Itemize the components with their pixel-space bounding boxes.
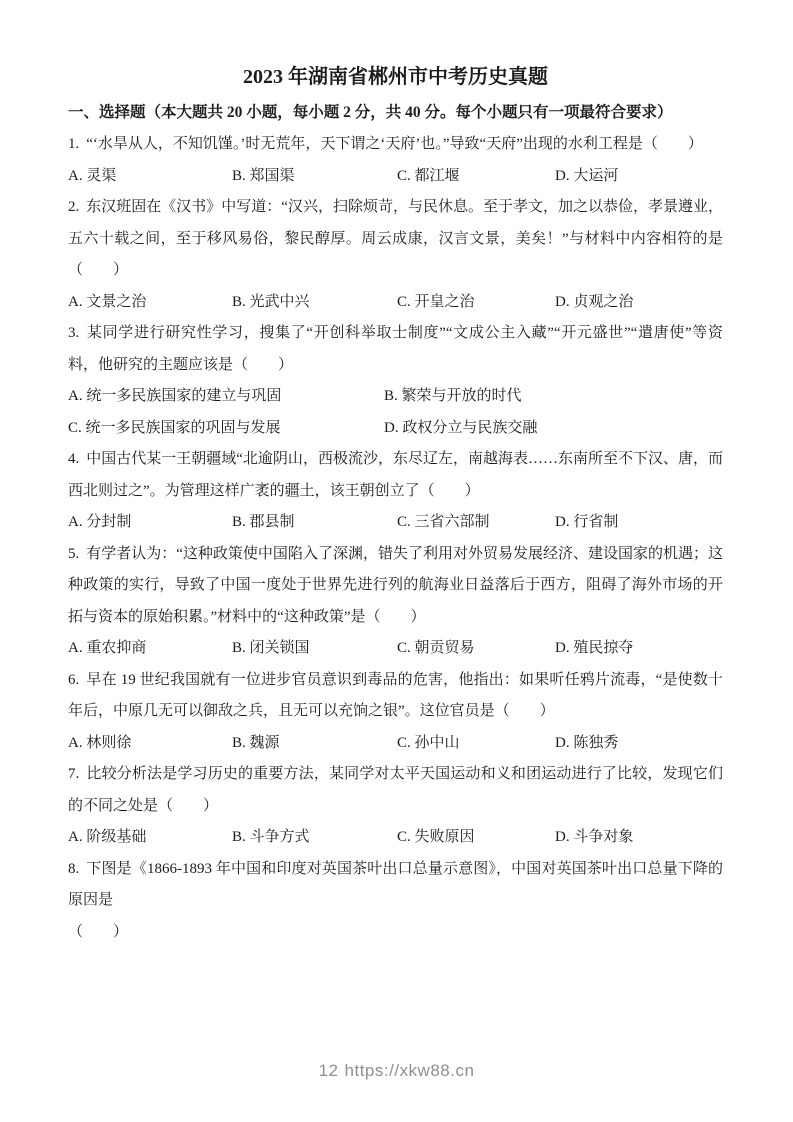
- question-1-option-c: C. 都江堰: [397, 161, 555, 193]
- page-title: 2023 年湖南省郴州市中考历史真题: [68, 62, 723, 92]
- question-6-options: A. 林则徐 B. 魏源 C. 孙中山 D. 陈独秀: [68, 728, 723, 760]
- question-3-body: 某同学进行研究性学习，搜集了“开创科举取士制度”“文成公主入藏”“开元盛世”“遣…: [68, 325, 723, 373]
- document-content: 2023 年湖南省郴州市中考历史真题 一、选择题（本大题共 20 小题，每小题 …: [68, 62, 723, 948]
- question-4-option-c: C. 三省六部制: [397, 507, 555, 539]
- question-7: 7.比较分析法是学习历史的重要方法，某同学对太平天国运动和义和团运动进行了比较，…: [68, 759, 723, 854]
- question-6-body: 早在 19 世纪我国就有一位进步官员意识到毒品的危害，他指出：如果听任鸦片流毒，…: [68, 672, 723, 720]
- question-2-option-c: C. 开皇之治: [397, 287, 555, 319]
- source-url: https://xkw88.cn: [345, 1061, 475, 1080]
- question-1-body: “‘水旱从人，不知饥馑。’时无荒年，天下谓之‘天府’也。”导致“天府”出现的水利…: [86, 136, 703, 152]
- question-4-number: 4.: [68, 451, 79, 467]
- document-page: 2023 年湖南省郴州市中考历史真题 一、选择题（本大题共 20 小题，每小题 …: [0, 0, 793, 1122]
- section-header: 一、选择题（本大题共 20 小题，每小题 2 分，共 40 分。每个小题只有一项…: [68, 101, 723, 125]
- question-1-option-b: B. 郑国渠: [232, 161, 397, 193]
- question-6-option-d: D. 陈独秀: [555, 728, 723, 760]
- question-5-option-b: B. 闭关锁国: [232, 633, 397, 665]
- question-1-option-d: D. 大运河: [555, 161, 723, 193]
- page-footer: 12https://xkw88.cn: [0, 1061, 793, 1081]
- question-6-option-c: C. 孙中山: [397, 728, 555, 760]
- question-2-options: A. 文景之治 B. 光武中兴 C. 开皇之治 D. 贞观之治: [68, 287, 723, 319]
- question-8-number: 8.: [68, 861, 79, 877]
- question-4-option-b: B. 郡县制: [232, 507, 397, 539]
- question-6: 6.早在 19 世纪我国就有一位进步官员意识到毒品的危害，他指出：如果听任鸦片流…: [68, 665, 723, 760]
- question-6-number: 6.: [68, 672, 79, 688]
- question-4-options: A. 分封制 B. 郡县制 C. 三省六部制 D. 行省制: [68, 507, 723, 539]
- question-5-options: A. 重农抑商 B. 闭关锁国 C. 朝贡贸易 D. 殖民掠夺: [68, 633, 723, 665]
- question-5-option-c: C. 朝贡贸易: [397, 633, 555, 665]
- question-7-options: A. 阶级基础 B. 斗争方式 C. 失败原因 D. 斗争对象: [68, 822, 723, 854]
- question-6-option-a: A. 林则徐: [68, 728, 232, 760]
- question-7-option-a: A. 阶级基础: [68, 822, 232, 854]
- question-4-body: 中国古代某一王朝疆域“北逾阴山，西极流沙，东尽辽左，南越海表……东南所至不下汉、…: [68, 451, 723, 499]
- question-2-option-a: A. 文景之治: [68, 287, 232, 319]
- question-7-body: 比较分析法是学习历史的重要方法，某同学对太平天国运动和义和团运动进行了比较，发现…: [68, 766, 723, 814]
- question-2-text: 2.东汉班固在《汉书》中写道：“汉兴，扫除烦苛，与民休息。至于孝文，加之以恭俭，…: [68, 192, 723, 287]
- question-1: 1.“‘水旱从人，不知饥馑。’时无荒年，天下谓之‘天府’也。”导致“天府”出现的…: [68, 129, 723, 192]
- question-3-option-a: A. 统一多民族国家的建立与巩固: [68, 381, 384, 413]
- question-5: 5.有学者认为：“这种政策使中国陷入了深渊，错失了利用对外贸易发展经济、建设国家…: [68, 539, 723, 665]
- question-3-option-c: C. 统一多民族国家的巩固与发展: [68, 413, 384, 445]
- question-7-option-c: C. 失败原因: [397, 822, 555, 854]
- question-2: 2.东汉班固在《汉书》中写道：“汉兴，扫除烦苛，与民休息。至于孝文，加之以恭俭，…: [68, 192, 723, 318]
- question-5-number: 5.: [68, 546, 79, 562]
- question-5-body: 有学者认为：“这种政策使中国陷入了深渊，错失了利用对外贸易发展经济、建设国家的机…: [68, 546, 723, 625]
- question-8-text: 8.下图是《1866-1893 年中国和印度对英国茶叶出口总量示意图》，中国对英…: [68, 854, 723, 917]
- question-3-text: 3.某同学进行研究性学习，搜集了“开创科举取士制度”“文成公主入藏”“开元盛世”…: [68, 318, 723, 381]
- question-8-answer-blank: （ ）: [68, 917, 723, 949]
- question-2-number: 2.: [68, 199, 79, 215]
- question-5-option-a: A. 重农抑商: [68, 633, 232, 665]
- question-5-text: 5.有学者认为：“这种政策使中国陷入了深渊，错失了利用对外贸易发展经济、建设国家…: [68, 539, 723, 634]
- question-4: 4.中国古代某一王朝疆域“北逾阴山，西极流沙，东尽辽左，南越海表……东南所至不下…: [68, 444, 723, 539]
- question-2-option-b: B. 光武中兴: [232, 287, 397, 319]
- question-6-text: 6.早在 19 世纪我国就有一位进步官员意识到毒品的危害，他指出：如果听任鸦片流…: [68, 665, 723, 728]
- question-1-option-a: A. 灵渠: [68, 161, 232, 193]
- page-number: 12: [319, 1061, 339, 1080]
- question-8-body: 下图是《1866-1893 年中国和印度对英国茶叶出口总量示意图》，中国对英国茶…: [68, 861, 723, 909]
- question-2-option-d: D. 贞观之治: [555, 287, 723, 319]
- question-3-options: A. 统一多民族国家的建立与巩固 B. 繁荣与开放的时代 C. 统一多民族国家的…: [68, 381, 723, 444]
- question-7-number: 7.: [68, 766, 79, 782]
- question-1-options: A. 灵渠 B. 郑国渠 C. 都江堰 D. 大运河: [68, 161, 723, 193]
- question-1-text: 1.“‘水旱从人，不知饥馑。’时无荒年，天下谓之‘天府’也。”导致“天府”出现的…: [68, 129, 723, 161]
- question-6-option-b: B. 魏源: [232, 728, 397, 760]
- question-5-option-d: D. 殖民掠夺: [555, 633, 723, 665]
- question-4-text: 4.中国古代某一王朝疆域“北逾阴山，西极流沙，东尽辽左，南越海表……东南所至不下…: [68, 444, 723, 507]
- question-2-body: 东汉班固在《汉书》中写道：“汉兴，扫除烦苛，与民休息。至于孝文，加之以恭俭，孝景…: [68, 199, 723, 278]
- question-3-option-d: D. 政权分立与民族交融: [384, 413, 723, 445]
- question-3-number: 3.: [68, 325, 79, 341]
- question-4-option-a: A. 分封制: [68, 507, 232, 539]
- question-7-option-b: B. 斗争方式: [232, 822, 397, 854]
- question-1-number: 1.: [68, 136, 79, 152]
- question-8: 8.下图是《1866-1893 年中国和印度对英国茶叶出口总量示意图》，中国对英…: [68, 854, 723, 949]
- question-3: 3.某同学进行研究性学习，搜集了“开创科举取士制度”“文成公主入藏”“开元盛世”…: [68, 318, 723, 444]
- question-4-option-d: D. 行省制: [555, 507, 723, 539]
- question-7-text: 7.比较分析法是学习历史的重要方法，某同学对太平天国运动和义和团运动进行了比较，…: [68, 759, 723, 822]
- question-7-option-d: D. 斗争对象: [555, 822, 723, 854]
- question-3-option-b: B. 繁荣与开放的时代: [384, 381, 723, 413]
